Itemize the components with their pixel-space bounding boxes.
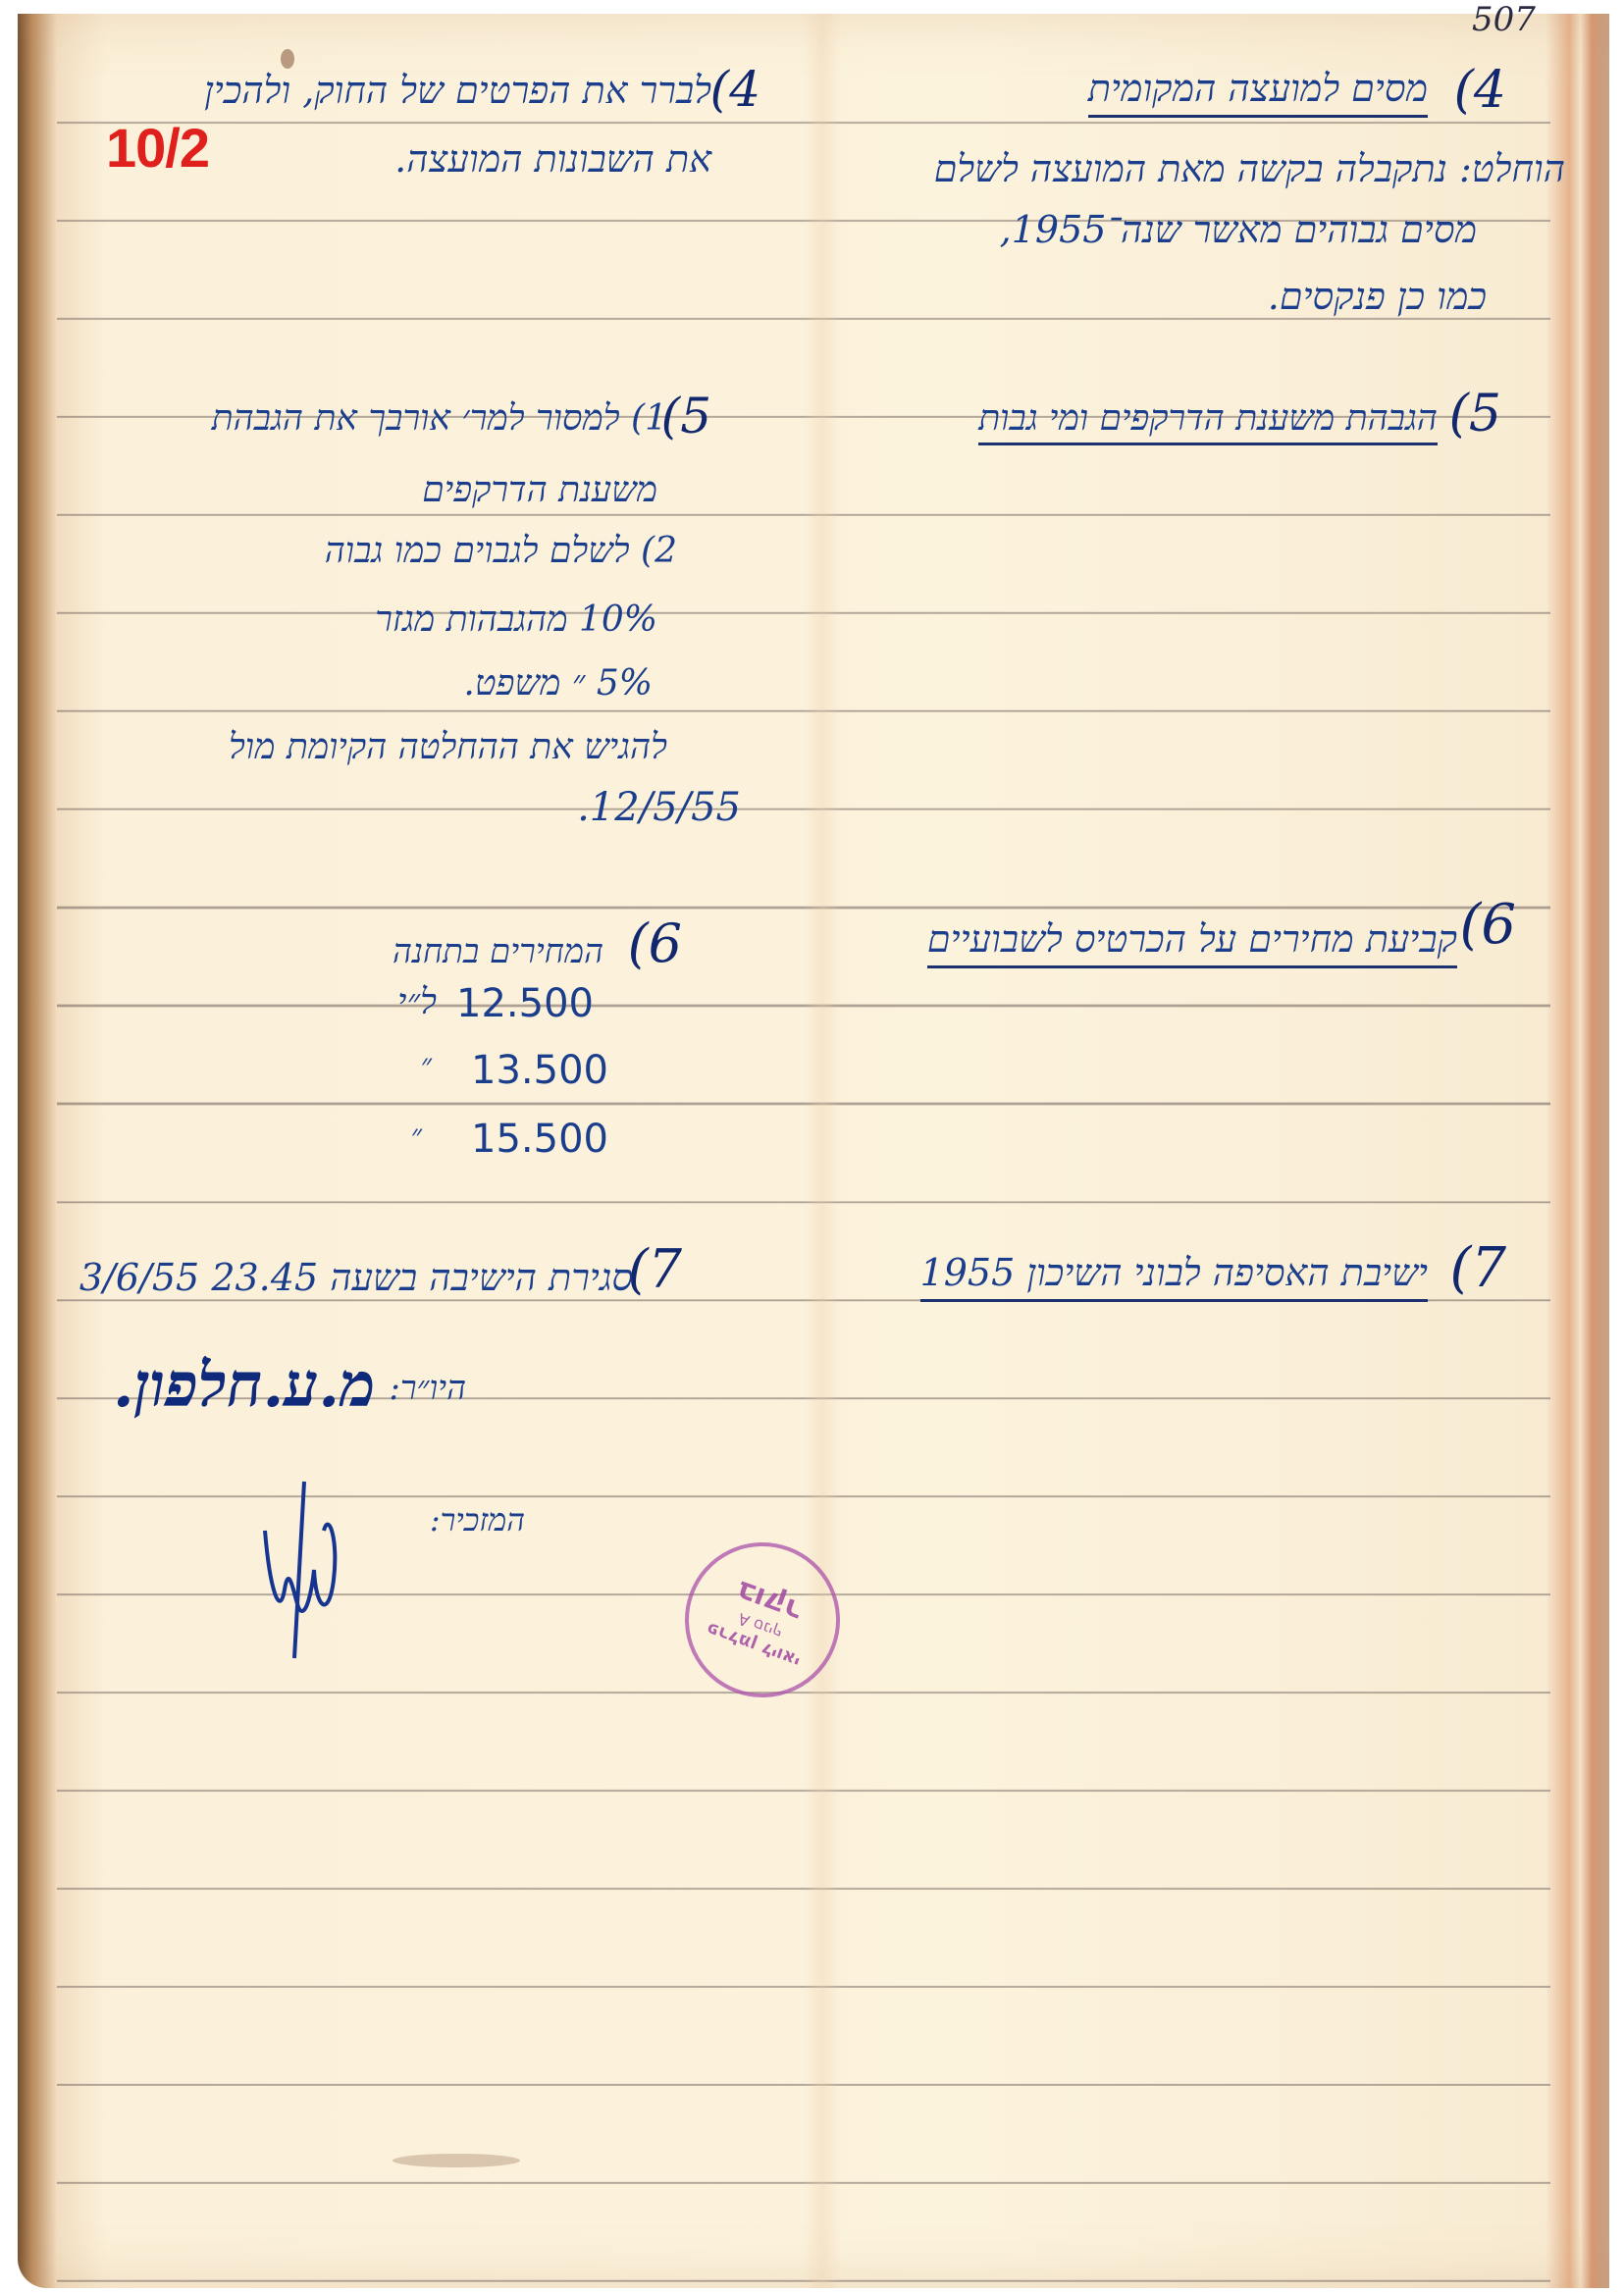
item-line: מסים גבוהים מאשר שנה־1955, (1000, 208, 1477, 252)
item-number: 5) (661, 388, 711, 444)
chair-signature: מ.ע.חלפון. (113, 1349, 376, 1422)
item-number: 7) (1450, 1236, 1507, 1300)
item-line: סגירת הישיבה בשעה 23.45 3/6/55 (79, 1256, 633, 1300)
price-unit: ״ (421, 1048, 432, 1082)
item-line: להגיש את ההחלטה הקיומת מול (229, 726, 667, 767)
item-line: 12/5/55. (577, 785, 741, 830)
item-number: 5) (1449, 385, 1501, 443)
price-value: 12.500 (456, 981, 594, 1026)
item-number: 4) (710, 61, 760, 118)
item-line: הוחלט: נתקבלה בקשה מאת המועצה לשלם (934, 147, 1565, 191)
price-unit: ״ (411, 1119, 422, 1153)
item-line: 2) לשלם לגבוים כמו גבוה (325, 530, 677, 571)
item-title: הגבהת משענת הדרקפים ומי גבות (978, 397, 1438, 445)
chair-label: היו״ר: (389, 1369, 466, 1408)
item-number: 6) (628, 912, 682, 974)
page-number: 507 (1472, 0, 1536, 39)
item-line: את השבונות המועצה. (394, 137, 711, 182)
item-line: 1) למסור למר׳ אורבך את הגבהת (212, 397, 667, 439)
item-number: 4) (1454, 61, 1506, 120)
item-line: כמו כן פנקסים. (1268, 275, 1487, 319)
secretary-label: המזכיר: (430, 1501, 525, 1538)
center-fold (803, 14, 842, 2288)
price-value: 13.500 (471, 1048, 608, 1093)
notebook-page (18, 14, 1609, 2288)
price-value: 15.500 (471, 1117, 608, 1162)
item-line: 5% ״ משפט. (463, 662, 653, 704)
secretary-signature-scribble (236, 1472, 353, 1668)
price-unit: ל״י (397, 981, 437, 1022)
item-title: קביעת מחירים על הכרטיס לשבועיים (927, 917, 1457, 968)
item-line: המחירים בתחנה (393, 932, 603, 971)
item-line: לברר את הפרטים של החוק, ולהכין (204, 69, 711, 113)
paper-stain (281, 49, 294, 69)
item-number: 6) (1460, 893, 1517, 957)
item-line: 10% מהגבהות מגזר (375, 599, 657, 640)
item-line: משענת הדרקפים (422, 469, 657, 510)
archive-label: 10/2 (106, 116, 209, 180)
paper-stain (393, 2154, 520, 2167)
item-number: 7) (628, 1238, 682, 1300)
item-title: ישיבת האסיפה לבוני השיכון 1955 (920, 1251, 1428, 1302)
item-title: מסים למועצה המקומית (1088, 67, 1428, 118)
